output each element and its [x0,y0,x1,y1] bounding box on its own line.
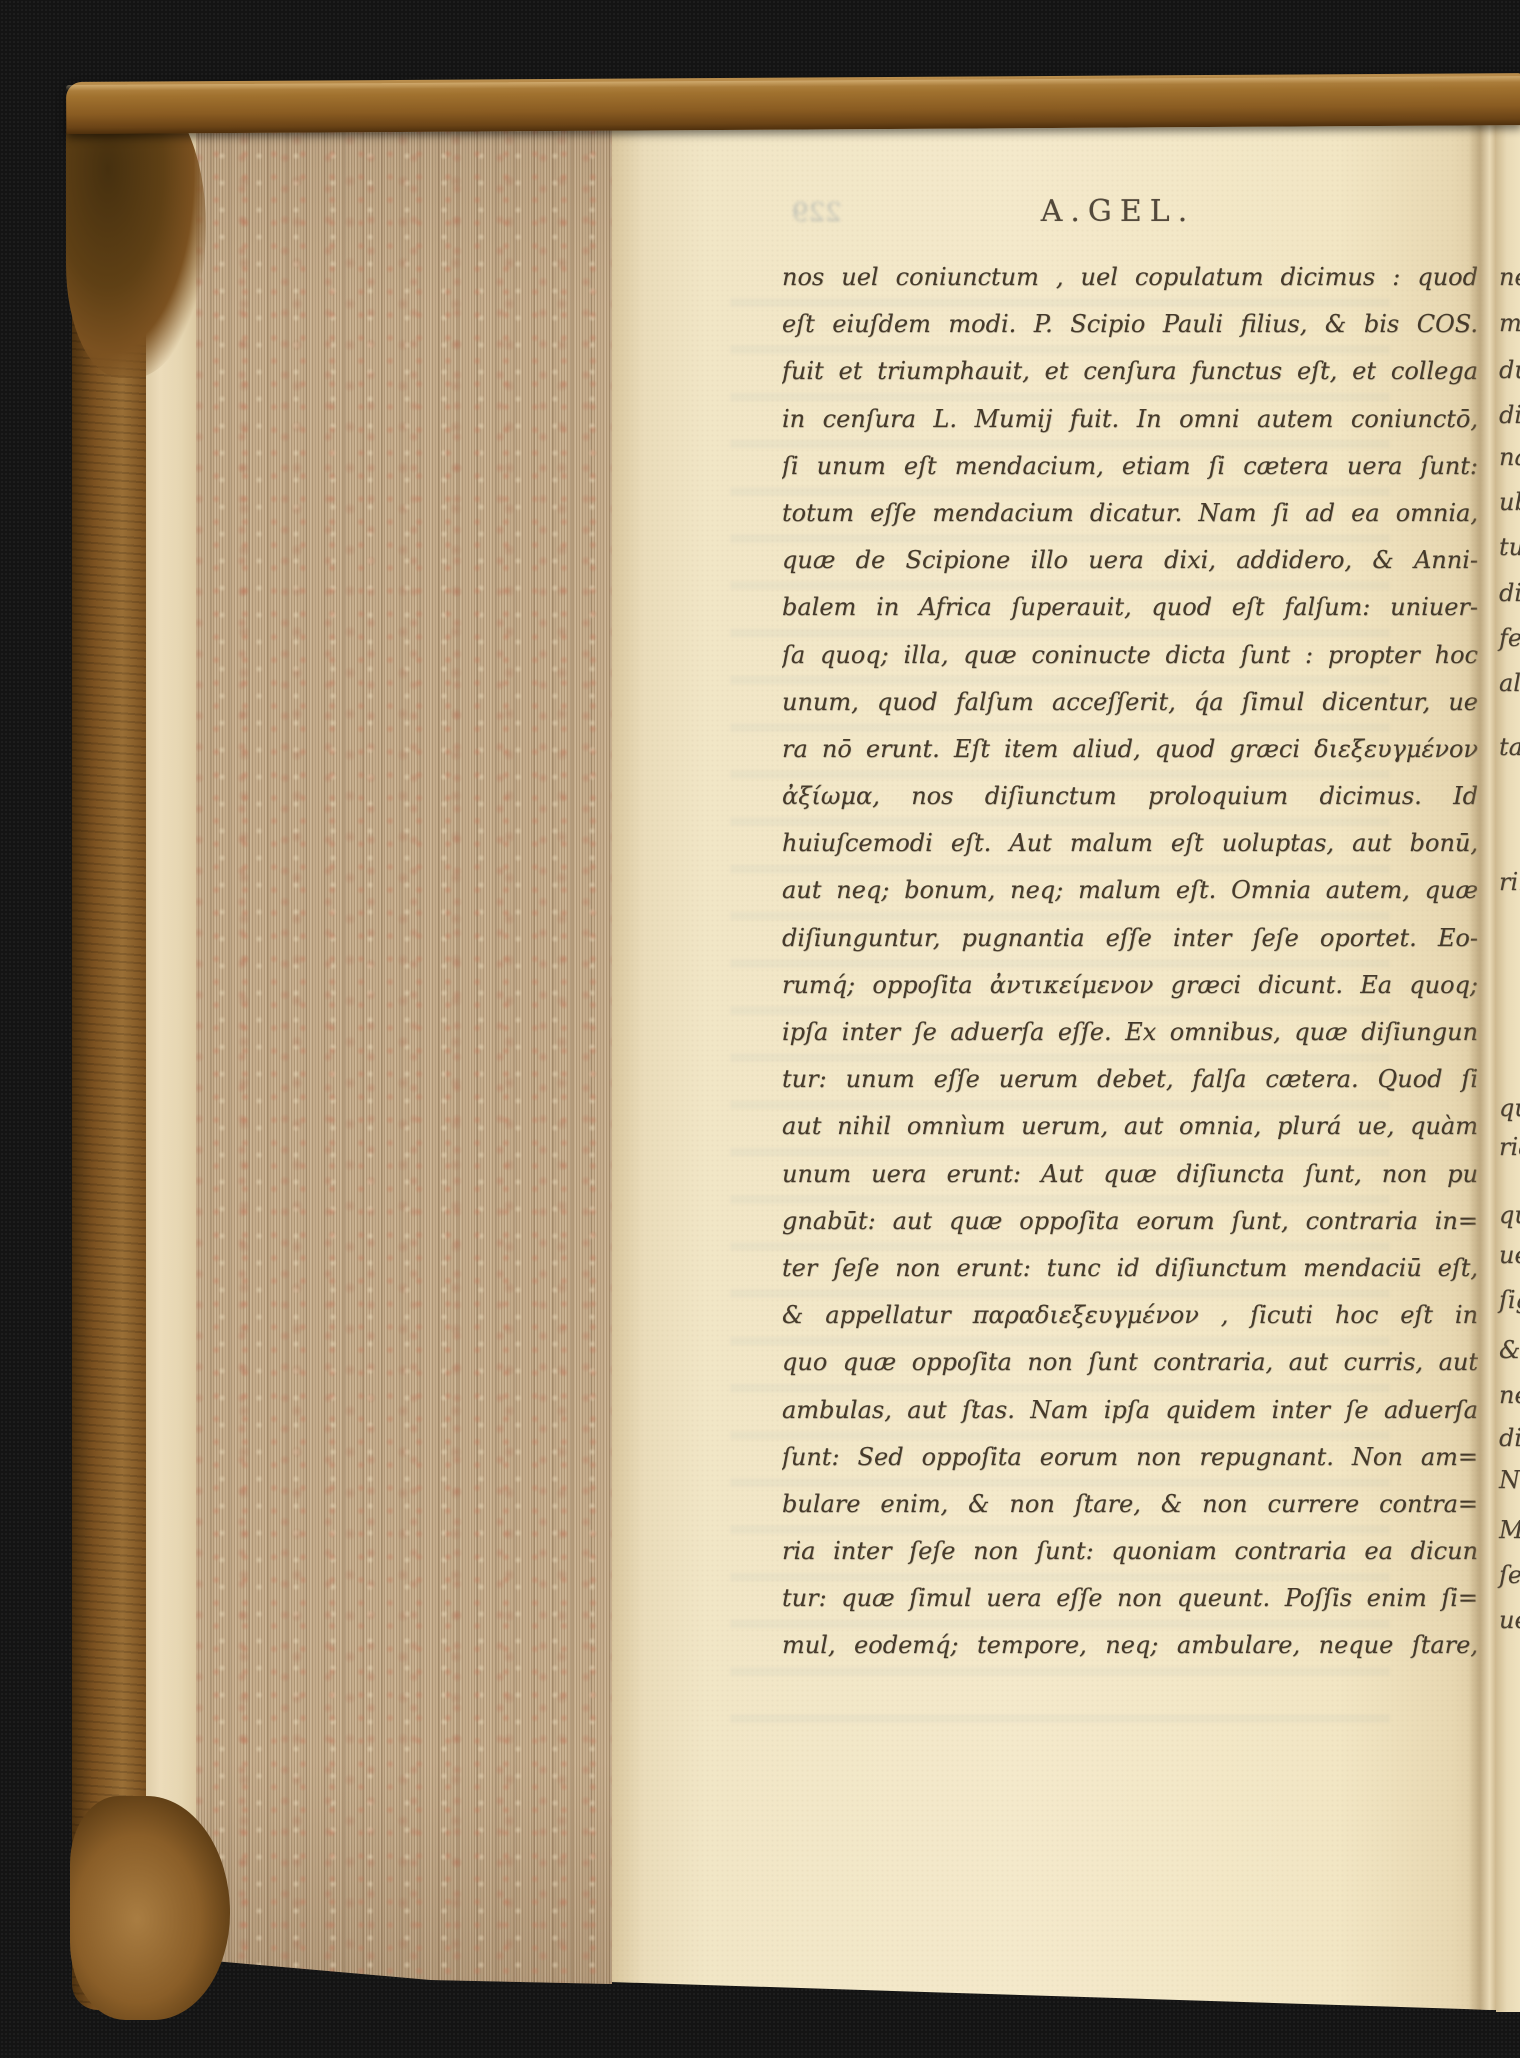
running-title: A.GEL. [988,194,1248,229]
cutoff-word: uel [1499,1606,1520,1634]
text-line: ſunt: Sed oppoſita eorum non repugnant. … [782,1434,1478,1481]
text-line: in cenſura L. Mumij fuit. In omni autem … [782,396,1478,443]
text-line: nos uel coniunctum , uel copulatum dicim… [782,254,1478,301]
cutoff-word: men [1499,309,1520,337]
text-line: fuit et triumphauit, et cenſura functus … [782,348,1478,395]
cutoff-word: ubi [1499,488,1520,516]
text-line: quo quæ oppoſita non ſunt contraria, aut… [782,1339,1478,1386]
cutoff-word: ſig [1499,1286,1520,1314]
text-line: aut neq; bonum, neq; malum eſt. Omnia au… [782,867,1478,914]
text-line: balem in Africa ſuperauit, quod eſt falſ… [782,584,1478,631]
book-photo: 229 A.GEL. nos uel coniunctum , uel copu… [0,0,1520,2058]
next-page-sliver: neq;mendumdiunnabiubitumdiſcfecealijtand… [1496,96,1520,2012]
cutoff-word: dum [1499,356,1520,384]
cutoff-word: quo [1499,1094,1520,1122]
cutoff-word: Ma [1499,1516,1520,1544]
cutoff-word: diſc [1499,579,1520,607]
text-line: ſi unum eſt mendacium, etiam ſi cætera u… [782,443,1478,490]
cutoff-word: nabi [1499,443,1520,471]
cutoff-word: alij [1499,669,1520,697]
text-line: totum eſſe mendacium dicatur. Nam ſi ad … [782,490,1478,537]
text-line: aut nihil omnìum uerum, aut omnia, plurá… [782,1103,1478,1150]
cutoff-word: & [1499,1336,1520,1364]
cutoff-word: ſex [1499,1561,1520,1589]
text-line: quæ de Scipione illo uera dixi, addidero… [782,537,1478,584]
text-line: ſa quoq; illa, quæ coninucte dicta ſunt … [782,632,1478,679]
cutoff-word: riar [1499,1133,1520,1161]
cutoff-word: uera [1499,1241,1520,1269]
text-line: tur: unum eſſe uerum debet, falſa cætera… [782,1056,1478,1103]
text-line: eſt eiuſdem modi. P. Scipio Pauli filius… [782,301,1478,348]
cutoff-word: fece [1499,624,1520,652]
book-page-recto: 229 A.GEL. nos uel coniunctum , uel copu… [610,98,1496,2010]
text-line: ipſa inter ſe aduerſa eſſe. Ex omnibus, … [782,1009,1478,1056]
text-line: huiuſcemodi eſt. Aut malum eſt uoluptas,… [782,820,1478,867]
text-line: ἀξίωμα, nos diſiunctum proloquium dicimu… [782,773,1478,820]
text-line: ambulas, aut ſtas. Nam ipſa quidem inter… [782,1387,1478,1434]
text-line: gnabūt: aut quæ oppoſita eorum ſunt, con… [782,1198,1478,1245]
text-line: bulare enim, & non ſtare, & non currere … [782,1481,1478,1528]
text-line: unum uera erunt: Aut quæ diſiuncta ſunt,… [782,1151,1478,1198]
cutoff-word: tand [1499,733,1520,761]
book-cover-spine-edge [72,94,146,2010]
text-line: ra nō erunt. Eſt item aliud, quod græci … [782,726,1478,773]
cutoff-word: dica [1499,1424,1520,1452]
text-line: unum, quod falſum acceſſerit, q́a ſimul … [782,679,1478,726]
text-line: tur: quæ ſimul uera eſſe non queunt. Poſ… [782,1575,1478,1622]
text-line: ter ſeſe non erunt: tunc id diſiunctum m… [782,1245,1478,1292]
text-block: nos uel coniunctum , uel copulatum dicim… [782,254,1478,1670]
cutoff-word: neq; [1499,263,1520,291]
cutoff-word: Nu [1499,1466,1520,1494]
text-line: rumq́; oppoſita ἀντικείμενον græci dicun… [782,962,1478,1009]
cutoff-word: rim [1499,868,1520,896]
cutoff-word: tum [1499,533,1520,561]
text-line: mul, eodemq́; tempore, neq; ambulare, ne… [782,1622,1478,1669]
text-line: & appellatur παραδιεξευγμένον , ſicuti h… [782,1292,1478,1339]
page-number-showthrough: 229 [792,198,842,228]
text-line: ria inter ſeſe non ſunt: quoniam contrar… [782,1528,1478,1575]
page-gutter-shadow [1468,96,1498,2010]
cutoff-word: neg [1499,1381,1520,1409]
book-cover-top-edge [66,73,1520,134]
fore-edge-page-block [180,122,612,1984]
cutoff-word: diun [1499,401,1520,429]
text-line: diſiunguntur, pugnantia eſſe inter ſeſe … [782,915,1478,962]
cutoff-word: qui [1499,1201,1520,1229]
